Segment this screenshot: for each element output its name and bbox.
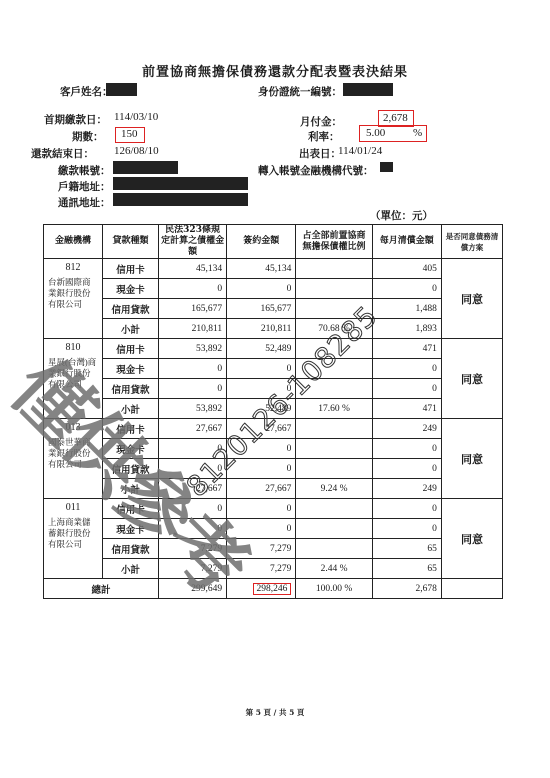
agree-status: 同意 <box>441 499 502 579</box>
loan-type: 信用貸款 <box>103 379 159 399</box>
household-address-redacted <box>113 177 248 190</box>
ratio <box>296 299 372 319</box>
bank-name: 上海商業儲蓄銀行股份有限公司 <box>48 517 91 549</box>
contract-amount: 7,279 <box>227 559 296 579</box>
contract-amount: 52,489 <box>227 399 296 419</box>
header-institution: 金融機構 <box>44 225 103 259</box>
interest-rate-unit: % <box>413 127 422 139</box>
table-row: 信用貸款000 <box>44 379 503 399</box>
loan-type: 小計 <box>103 399 159 419</box>
total-label: 總計 <box>44 579 159 599</box>
monthly-payment: 405 <box>372 259 441 279</box>
ratio <box>296 359 372 379</box>
monthly-payment: 0 <box>372 439 441 459</box>
contract-amount: 0 <box>227 379 296 399</box>
claim-amount: 165,677 <box>158 299 226 319</box>
monthly-payment: 65 <box>372 539 441 559</box>
end-date: 126/08/10 <box>114 145 159 157</box>
contract-amount: 27,667 <box>227 419 296 439</box>
monthly-payment: 0 <box>372 459 441 479</box>
first-payment-date-label: 首期繳款日： <box>44 112 107 127</box>
claim-amount: 0 <box>158 359 226 379</box>
claim-amount: 7,279 <box>158 539 226 559</box>
total-ratio: 100.00 % <box>296 579 372 599</box>
document-page: 前置協商無擔保債務還款分配表暨表決結果 客戶姓名： 身份證統一編號： 首期繳款日… <box>0 0 550 778</box>
contract-amount: 0 <box>227 459 296 479</box>
table-row: 信用貸款000 <box>44 459 503 479</box>
monthly-payment: 0 <box>372 519 441 539</box>
bank-name: 台新國際商業銀行股份有限公司 <box>48 277 91 309</box>
loan-type: 小計 <box>103 319 159 339</box>
monthly-payment: 0 <box>372 379 441 399</box>
monthly-payment: 0 <box>372 499 441 519</box>
loan-type: 信用貸款 <box>103 459 159 479</box>
table-row: 現金卡000 <box>44 439 503 459</box>
contract-amount: 27,667 <box>227 479 296 499</box>
table-row: 信用貸款7,2797,27965 <box>44 539 503 559</box>
repayment-allocation-table: 金融機構 貸款種類 民法323條規定計算之債權金額 簽約金額 占全部前置協商無擔… <box>43 224 503 599</box>
loan-type: 信用卡 <box>103 339 159 359</box>
table-row: 信用貸款165,677165,6771,488 <box>44 299 503 319</box>
bank-cell: 011上海商業儲蓄銀行股份有限公司 <box>44 499 103 579</box>
periods-label: 期數： <box>72 129 104 144</box>
id-redacted <box>343 83 393 96</box>
monthly-payment: 65 <box>372 559 441 579</box>
table-row: 812台新國際商業銀行股份有限公司信用卡45,13445,134405同意 <box>44 259 503 279</box>
ratio: 9.24 % <box>296 479 372 499</box>
contract-amount: 52,489 <box>227 339 296 359</box>
ratio: 70.68 % <box>296 319 372 339</box>
loan-type: 信用卡 <box>103 419 159 439</box>
interest-rate: 5.00 <box>366 127 385 139</box>
mailing-address-redacted <box>113 193 248 206</box>
loan-type: 現金卡 <box>103 279 159 299</box>
claim-amount: 0 <box>158 519 226 539</box>
loan-type: 現金卡 <box>103 359 159 379</box>
customer-name-redacted <box>106 83 137 96</box>
monthly-payment: 1,488 <box>372 299 441 319</box>
contract-amount: 210,811 <box>227 319 296 339</box>
monthly-payment: 0 <box>372 279 441 299</box>
contract-amount: 0 <box>227 439 296 459</box>
bank-code: 013 <box>48 422 98 433</box>
monthly-payment: 471 <box>372 339 441 359</box>
contract-amount: 45,134 <box>227 259 296 279</box>
bank-code: 810 <box>48 342 98 353</box>
loan-type: 小計 <box>103 559 159 579</box>
total-contract: 298,246 <box>253 583 292 595</box>
page-number: 第 5 頁 / 共 5 頁 <box>0 707 550 718</box>
total-monthly: 2,678 <box>372 579 441 599</box>
ratio <box>296 539 372 559</box>
ratio <box>296 419 372 439</box>
header-loan-type: 貸款種類 <box>103 225 159 259</box>
payment-account-label: 繳款帳號： <box>58 163 111 178</box>
household-address-label: 戶籍地址： <box>58 179 111 194</box>
claim-amount: 27,667 <box>158 479 226 499</box>
claim-amount: 0 <box>158 459 226 479</box>
monthly-payment: 471 <box>372 399 441 419</box>
total-contract-cell: 298,246 <box>227 579 296 599</box>
loan-type: 信用貸款 <box>103 299 159 319</box>
bank-cell: 812台新國際商業銀行股份有限公司 <box>44 259 103 339</box>
loan-type: 信用卡 <box>103 259 159 279</box>
total-row: 總計 299,649 298,246 100.00 % 2,678 <box>44 579 503 599</box>
claim-amount: 7,279 <box>158 559 226 579</box>
bank-code: 011 <box>48 502 98 513</box>
ratio <box>296 279 372 299</box>
total-claim: 299,649 <box>158 579 226 599</box>
table-row: 現金卡000 <box>44 279 503 299</box>
ratio: 2.44 % <box>296 559 372 579</box>
claim-amount: 53,892 <box>158 399 226 419</box>
claim-amount: 0 <box>158 499 226 519</box>
header-ratio: 占全部前置協商無擔保債權比例 <box>296 225 372 259</box>
table-row: 小計7,2797,2792.44 %65 <box>44 559 503 579</box>
bank-code: 812 <box>48 262 98 273</box>
table-row: 011上海商業儲蓄銀行股份有限公司信用卡000同意 <box>44 499 503 519</box>
table-header-row: 金融機構 貸款種類 民法323條規定計算之債權金額 簽約金額 占全部前置協商無擔… <box>44 225 503 259</box>
ratio <box>296 439 372 459</box>
loan-type: 信用卡 <box>103 499 159 519</box>
issue-date: 114/01/24 <box>338 145 382 157</box>
header-monthly-payment: 每月清償金額 <box>372 225 441 259</box>
table-row: 810星展(台灣)商業銀行股份有限公司信用卡53,89252,489471同意 <box>44 339 503 359</box>
first-payment-date: 114/03/10 <box>114 111 158 123</box>
issue-date-label: 出表日： <box>299 146 341 161</box>
ratio <box>296 339 372 359</box>
claim-amount: 0 <box>158 279 226 299</box>
monthly-payment: 0 <box>372 359 441 379</box>
ratio <box>296 259 372 279</box>
monthly-payment-label: 月付金： <box>300 114 342 129</box>
table-row: 現金卡000 <box>44 359 503 379</box>
claim-amount: 210,811 <box>158 319 226 339</box>
table-row: 現金卡000 <box>44 519 503 539</box>
periods: 150 <box>121 128 138 140</box>
loan-type: 現金卡 <box>103 439 159 459</box>
table-row: 013國泰世華商業銀行股份有限公司信用卡27,66727,667249同意 <box>44 419 503 439</box>
customer-name-label: 客戶姓名： <box>60 84 113 99</box>
end-date-label: 還款結束日： <box>31 146 94 161</box>
loan-type: 信用貸款 <box>103 539 159 559</box>
table-row: 小計210,811210,81170.68 %1,893 <box>44 319 503 339</box>
claim-amount: 27,667 <box>158 419 226 439</box>
bank-name: 國泰世華商業銀行股份有限公司 <box>48 437 91 469</box>
contract-amount: 0 <box>227 519 296 539</box>
claim-amount: 53,892 <box>158 339 226 359</box>
claim-amount: 0 <box>158 439 226 459</box>
loan-type: 現金卡 <box>103 519 159 539</box>
transfer-bank-code-redacted <box>380 162 393 172</box>
contract-amount: 165,677 <box>227 299 296 319</box>
mailing-address-label: 通訊地址： <box>58 195 111 210</box>
agree-status: 同意 <box>441 419 502 499</box>
table-row: 小計53,89252,48917.60 %471 <box>44 399 503 419</box>
ratio <box>296 499 372 519</box>
bank-cell: 810星展(台灣)商業銀行股份有限公司 <box>44 339 103 419</box>
bank-cell: 013國泰世華商業銀行股份有限公司 <box>44 419 103 499</box>
monthly-payment: 249 <box>372 419 441 439</box>
interest-rate-label: 利率： <box>308 129 340 144</box>
contract-amount: 0 <box>227 359 296 379</box>
agree-status: 同意 <box>441 259 502 339</box>
contract-amount: 7,279 <box>227 539 296 559</box>
header-claim-amount: 民法323條規定計算之債權金額 <box>158 225 226 259</box>
claim-amount: 0 <box>158 379 226 399</box>
agree-status: 同意 <box>441 339 502 419</box>
document-title: 前置協商無擔保債務還款分配表暨表決結果 <box>0 61 550 80</box>
ratio: 17.60 % <box>296 399 372 419</box>
monthly-payment: 249 <box>372 479 441 499</box>
ratio <box>296 459 372 479</box>
contract-amount: 0 <box>227 279 296 299</box>
ratio <box>296 519 372 539</box>
bank-name: 星展(台灣)商業銀行股份有限公司 <box>48 357 96 389</box>
header-contract-amount: 簽約金額 <box>227 225 296 259</box>
contract-amount: 0 <box>227 499 296 519</box>
payment-account-redacted <box>113 161 178 174</box>
header-agree: 是否同意債務清償方案 <box>441 225 502 259</box>
transfer-bank-code-label: 轉入帳號金融機構代號： <box>258 163 374 178</box>
monthly-payment: 1,893 <box>372 319 441 339</box>
monthly-payment: 2,678 <box>383 112 408 124</box>
id-label: 身份證統一編號： <box>258 84 342 99</box>
ratio <box>296 379 372 399</box>
unit-note: （單位：元） <box>370 208 433 223</box>
claim-amount: 45,134 <box>158 259 226 279</box>
loan-type: 小計 <box>103 479 159 499</box>
table-row: 小計27,66727,6679.24 %249 <box>44 479 503 499</box>
